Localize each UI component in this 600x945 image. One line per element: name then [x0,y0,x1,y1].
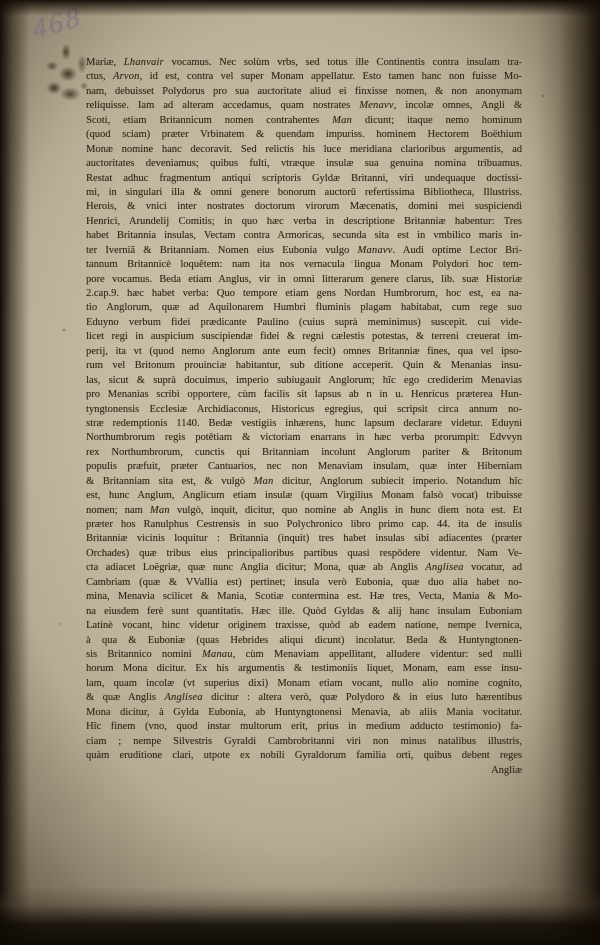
text-line: stræ redemptionis 1140. Bedæ vestigiis i… [86,417,522,431]
text-line: præter hos Ranulphus Cestrensis in suo P… [86,518,522,532]
text-line: ,,Orchades) quæ tribus eius principalior… [86,547,522,561]
text-line: lam, quam incolæ (vt superius dixi) Mona… [86,677,522,691]
text-line: Mariæ, Lhanvair vocamus. Nec solùm vrbs,… [86,56,522,70]
text-line: ,,mina, Menavia scilicet & Mania, Scotiæ… [86,590,522,604]
text-line: ,,Eduyno verbum fidei prædicante Paulino… [86,316,522,330]
handwritten-folio-number: 468 [30,1,85,47]
text-line: sis Britannico nomini Manau, cùm Menavia… [86,648,522,662]
text-line: Herois, & vnici inter nostrates doctorum… [86,200,522,214]
text-line: & Britanniam sita est, & vulgò Man dicit… [86,475,522,489]
text-line: ,,cta adiacet Loëgriæ, quæ nunc Anglia d… [86,561,522,575]
text-line: horum Mona dicitur. Ex his argumentis & … [86,662,522,676]
page-edge-shadow-left [0,0,30,945]
text-line: reliquisse. Iam ad alteram accedamus, qu… [86,99,522,113]
text-line: ,,habet Britannia insulas, Vectam contra… [86,229,522,243]
text-line: mi, in singulari illa & omni genere bono… [86,186,522,200]
text-line: ,,perij, ita vt (quod nemo Anglorum ante… [86,345,522,359]
text-line: ,,Northumbrorum regis potētiam & victori… [86,431,522,445]
text-line: Restat adhuc fragmentum antiqui scriptor… [86,172,522,186]
page-edge-shadow-right [515,0,600,945]
text-line: ,,ter Iverniã & Britanniam. Nomen eius E… [86,244,522,258]
text-line: Monæ nomine hanc decoravit. Sed relictis… [86,143,522,157]
text-line: Latinè vocant, hinc videtur originem tra… [86,619,522,633]
text-line: ,,populis præfuit, præter Cantuarios, ne… [86,460,522,474]
text-line: ,,Britanniæ vicinis loquitur : Britannia… [86,532,522,546]
text-line: Scoti, etiam Britannicum nomen contrahen… [86,114,522,128]
text-line: pore vocamus. Beda etiam Anglus, vir in … [86,273,522,287]
text-line: Mona dicitur, à Gylda Eubonia, ab Huntyn… [86,706,522,720]
text-line: Henrici, Arundelij Comitis; in quo hæc v… [86,215,522,229]
catchword: Angliæ [86,764,522,778]
page-edge-shadow-bottom [0,887,600,945]
text-line: & quæ Anglis Anglisea dicitur : altera v… [86,691,522,705]
text-line: Hîc finem (vno, quod instar multorum eri… [86,720,522,734]
page-edge-shadow-top [0,0,600,16]
text-line: tannum Britannicè loquētem: nam ita nos … [86,258,522,272]
text-line: ,,Cambriam (quæ & VVallia est) pertinet;… [86,576,522,590]
text-line: ,,licet regi in auspicium suscipiendæ fi… [86,330,522,344]
book-page-photo: 468 Mariæ, Lhanvair vocamus. Nec solùm v… [0,0,600,945]
text-line: à qua & Euboniæ (quas Hebrides aliqui di… [86,634,522,648]
text-line: ciam ; nempe Silvestris Gyraldi Cambrobr… [86,735,522,749]
text-line: auctoritates deveniamus; quibus fulti, v… [86,157,522,171]
text-line: ,,rex Northumbrorum, cunctis qui Britann… [86,446,522,460]
text-line: est, hunc Anglum, Anglicum etiam insulæ … [86,489,522,503]
text-line: ,,rum vel Britonum prouinciæ habitantur,… [86,359,522,373]
text-line: quàm eruditione clari, utpote ex nobili … [86,749,522,763]
text-line: na eiusdem ferè sunt quantitatis. Hæc il… [86,605,522,619]
text-line: las, sicut & suprà docuimus, imperio sub… [86,374,522,388]
text-line: ,,tio Anglorum, quæ ad Aquilonarem Humbr… [86,301,522,315]
text-block: Mariæ, Lhanvair vocamus. Nec solùm vrbs,… [86,56,522,763]
text-line: nam, debuisset Polydorus pro sua auctori… [86,85,522,99]
text-line: nomen; nam Man vulgò, inquit, dicitur, q… [86,504,522,518]
text-line: ctus, Arvon, id est, contra vel super Mo… [86,70,522,84]
text-line: ,,2.cap.9. hæc habet verba: Quo tempore … [86,287,522,301]
text-line: tyngtonensis Ecclesiæ Archidiaconus, His… [86,403,522,417]
text-line: pro Menanias scribi opportere, cùm facil… [86,388,522,402]
text-line: (quod sciam) præter Vrbinatem & quendam … [86,128,522,142]
